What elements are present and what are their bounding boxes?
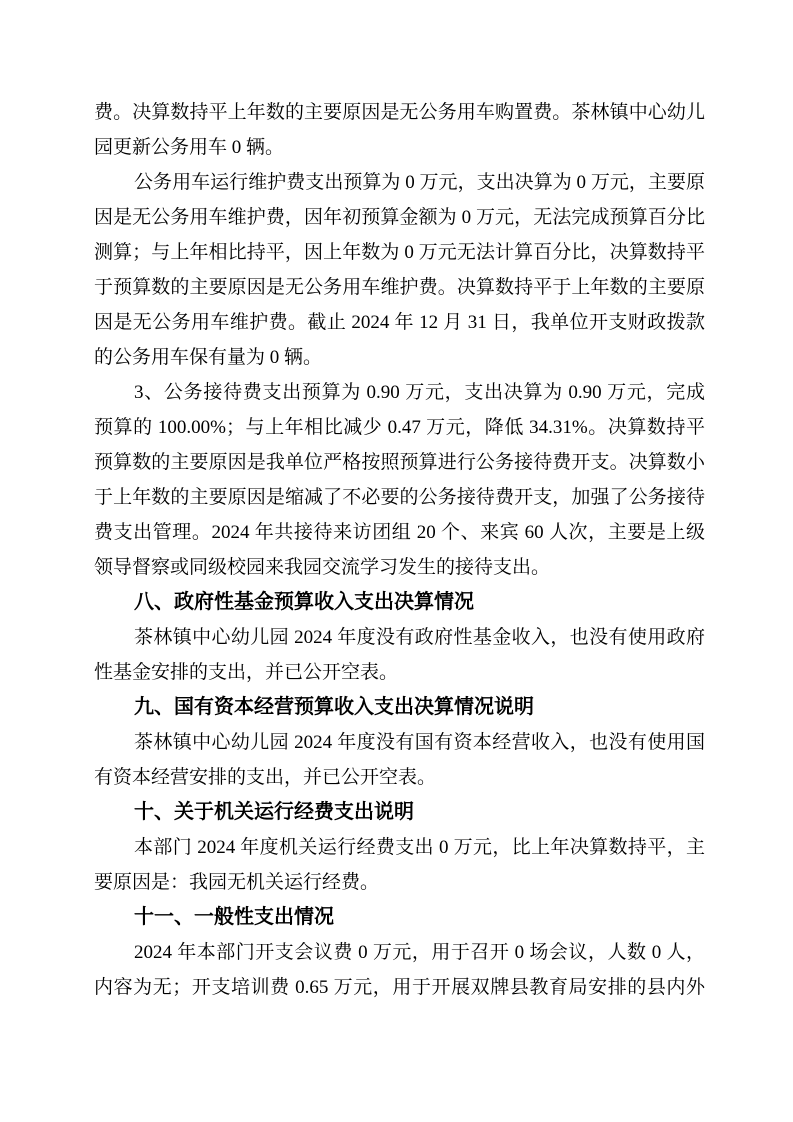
paragraph-line: 预算的 100.00%；与上年相比减少 0.47 万元，降低 34.31%。决算… [94, 410, 705, 445]
paragraph-line: 于上年数的主要原因是缩减了不必要的公务接待费开支，加强了公务接待 [94, 480, 705, 515]
paragraph-line: 公务用车运行维护费支出预算为 0 万元，支出决算为 0 万元，主要原 [94, 165, 705, 200]
paragraph-line: 有资本经营安排的支出，并已公开空表。 [94, 760, 705, 795]
section-heading: 十一、一般性支出情况 [94, 900, 705, 935]
paragraph-line: 园更新公务用车 0 辆。 [94, 130, 705, 165]
paragraph-line: 茶林镇中心幼儿园 2024 年度没有政府性基金收入，也没有使用政府 [94, 620, 705, 655]
paragraph-line: 费支出管理。2024 年共接待来访团组 20 个、来宾 60 人次，主要是上级 [94, 515, 705, 550]
paragraph-line: 茶林镇中心幼儿园 2024 年度没有国有资本经营收入，也没有使用国 [94, 725, 705, 760]
paragraph-line: 预算数的主要原因是我单位严格按照预算进行公务接待费开支。决算数小 [94, 445, 705, 480]
section-heading: 九、国有资本经营预算收入支出决算情况说明 [94, 690, 705, 725]
paragraph-line: 的公务用车保有量为 0 辆。 [94, 340, 705, 375]
paragraph-line: 2024 年本部门开支会议费 0 万元，用于召开 0 场会议，人数 0 人， [94, 935, 705, 970]
paragraph-line: 要原因是：我园无机关运行经费。 [94, 865, 705, 900]
paragraph-line: 测算；与上年相比持平，因上年数为 0 万元无法计算百分比，决算数持平 [94, 235, 705, 270]
document-page: 费。决算数持平上年数的主要原因是无公务用车购置费。茶林镇中心幼儿园更新公务用车 … [0, 0, 793, 1122]
paragraph-line: 因是无公务用车维护费。截止 2024 年 12 月 31 日，我单位开支财政拨款 [94, 305, 705, 340]
paragraph-line: 费。决算数持平上年数的主要原因是无公务用车购置费。茶林镇中心幼儿 [94, 95, 705, 130]
paragraph-line: 领导督察或同级校园来我园交流学习发生的接待支出。 [94, 550, 705, 585]
text-column: 费。决算数持平上年数的主要原因是无公务用车购置费。茶林镇中心幼儿园更新公务用车 … [94, 95, 705, 1005]
paragraph-line: 本部门 2024 年度机关运行经费支出 0 万元，比上年决算数持平，主 [94, 830, 705, 865]
paragraph-line: 3、公务接待费支出预算为 0.90 万元，支出决算为 0.90 万元，完成 [94, 375, 705, 410]
paragraph-line: 性基金安排的支出，并已公开空表。 [94, 655, 705, 690]
paragraph-line: 于预算数的主要原因是无公务用车维护费。决算数持平于上年数的主要原 [94, 270, 705, 305]
section-heading: 八、政府性基金预算收入支出决算情况 [94, 585, 705, 620]
paragraph-line: 内容为无；开支培训费 0.65 万元，用于开展双牌县教育局安排的县内外 [94, 970, 705, 1005]
paragraph-line: 因是无公务用车维护费，因年初预算金额为 0 万元，无法完成预算百分比 [94, 200, 705, 235]
section-heading: 十、关于机关运行经费支出说明 [94, 795, 705, 830]
